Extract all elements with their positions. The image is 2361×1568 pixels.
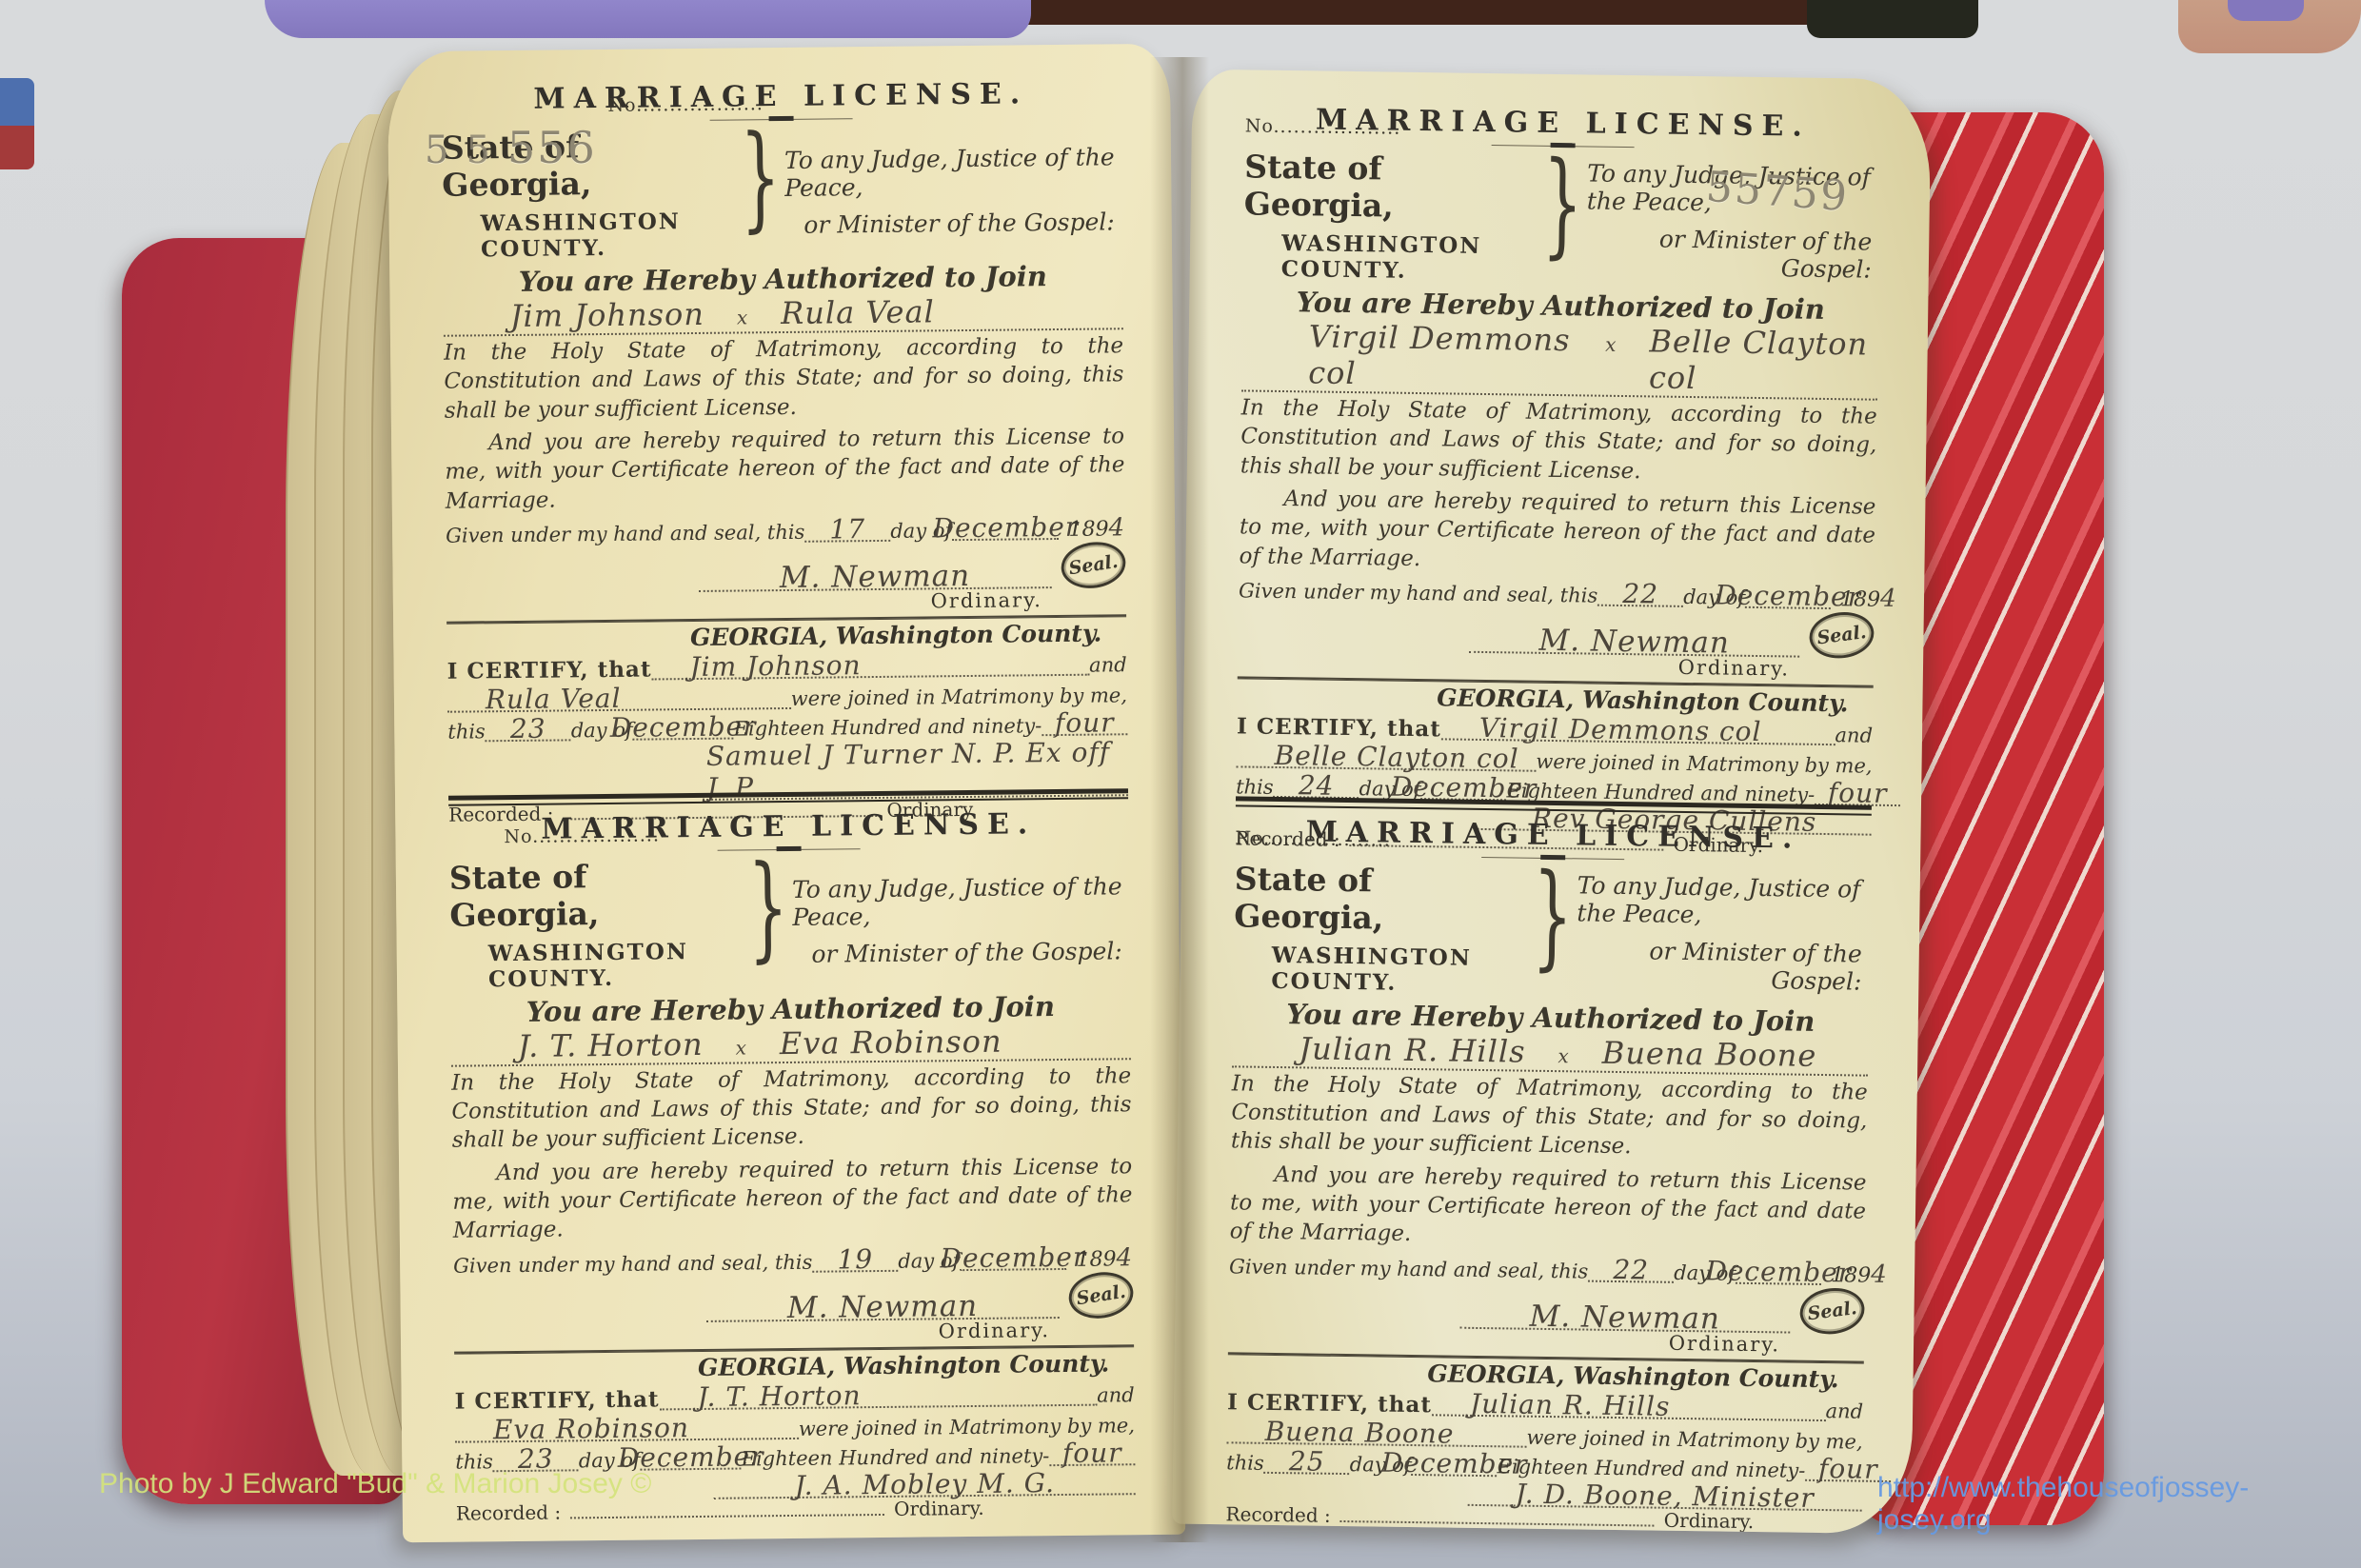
issued-day: 19 xyxy=(837,1243,873,1275)
issued-month-slot: December xyxy=(952,511,1060,541)
ordinary-signature: M. Newman xyxy=(787,1289,979,1325)
issued-month-slot: December xyxy=(960,1241,1067,1271)
page-number-right: 55759 xyxy=(1704,163,1850,221)
body-paragraph-2: And you are hereby required to return th… xyxy=(452,1152,1133,1246)
names-line: Virgil Demmons col x Belle Clayton col xyxy=(1241,317,1878,400)
page-number-fragment: 5 xyxy=(425,129,450,172)
ninety-slot: four xyxy=(1049,1437,1135,1466)
bride-name: Belle Clayton col xyxy=(1649,323,1878,398)
groom-name: Julian R. Hills xyxy=(1299,1030,1526,1069)
ordinary-label-2: Ordinary. xyxy=(894,1497,984,1520)
page-number-fragment: 5 xyxy=(466,129,491,172)
year-digit: 4 xyxy=(1871,1260,1888,1288)
body-paragraph-2: And you are hereby required to return th… xyxy=(1229,1160,1866,1255)
issued-day: 17 xyxy=(829,513,865,545)
ordinary-signature-row: M. Newman Seal. xyxy=(453,1272,1133,1324)
certify-bride: Eva Robinson xyxy=(493,1412,689,1445)
license-no-field: No................... xyxy=(1245,115,1401,138)
issued-month: December xyxy=(932,511,1079,545)
certify-bride-slot: Buena Boone xyxy=(1227,1415,1527,1447)
ordinary-signature-row: M. Newman Seal. xyxy=(446,542,1125,594)
page-number-left: 5 5 556 xyxy=(425,122,597,173)
joined-label: were joined in Matrimony by me, xyxy=(799,1414,1135,1440)
recorded-label: Recorded : xyxy=(1225,1502,1331,1527)
issued-day-slot: 19 xyxy=(812,1242,898,1272)
side-object xyxy=(0,78,34,169)
recorded-slot xyxy=(570,1514,884,1518)
given-label: Given under my hand and seal, this xyxy=(453,1250,812,1277)
purple-sleeve xyxy=(2228,0,2304,21)
county-label: WASHINGTON COUNTY. xyxy=(1271,942,1519,997)
seal-stamp: Seal. xyxy=(1797,1284,1867,1338)
license-no-field: No................... xyxy=(1235,827,1391,850)
groom-name: Jim Johnson xyxy=(510,296,705,334)
recorded-label: Recorded : xyxy=(456,1500,561,1524)
book-page-left: No................... MARRIAGE LICENSE. … xyxy=(387,44,1185,1543)
page-number-fragment: 556 xyxy=(507,122,597,173)
body-paragraph-1: In the Holy State of Matrimony, accordin… xyxy=(451,1062,1132,1156)
ninety-value: four xyxy=(1062,1437,1122,1469)
issued-day-slot: 22 xyxy=(1597,578,1683,607)
year-prefix: 189 xyxy=(1068,518,1108,542)
certify-groom: J. T. Horton xyxy=(697,1379,861,1413)
married-day-slot: 25 xyxy=(1264,1445,1350,1475)
married-day: 23 xyxy=(510,713,546,744)
officiant-slot: J. A. Mobley M. G. xyxy=(714,1466,1136,1499)
book-page-right: No................... MARRIAGE LICENSE. … xyxy=(1172,69,1931,1535)
marriage-license-form-1: No................... MARRIAGE LICENSE. … xyxy=(441,76,1128,787)
groom-name: J. T. Horton xyxy=(518,1025,704,1063)
name-connector: x xyxy=(1557,1044,1570,1067)
title-dash xyxy=(718,844,861,851)
photo-scene: No................... MARRIAGE LICENSE. … xyxy=(0,0,2361,1568)
state-label: State of Georgia, xyxy=(449,856,736,933)
signature-line: M. Newman xyxy=(705,1282,1060,1322)
year-digit: 4 xyxy=(1116,1243,1133,1272)
joined-label: were joined in Matrimony by me, xyxy=(791,684,1127,710)
certify-bride: Buena Boone xyxy=(1265,1416,1455,1450)
bride-name: Buena Boone xyxy=(1602,1034,1817,1073)
addressee-line1: To any Judge, Justice of the Peace, xyxy=(792,872,1130,931)
ordinary-signature: M. Newman xyxy=(780,559,971,595)
married-month-slot: December xyxy=(1420,771,1506,801)
year-digit: 4 xyxy=(1880,585,1897,613)
ordinary-signature: M. Newman xyxy=(1529,1299,1720,1336)
married-month-slot: December xyxy=(632,711,733,741)
issued-day-slot: 17 xyxy=(804,513,890,543)
signature-line: M. Newman xyxy=(1469,617,1800,658)
this-label: this xyxy=(447,720,486,743)
photographer-watermark: Photo by J Edward "Bud" & Marion Josey © xyxy=(99,1468,651,1500)
marriage-license-form-4: No................... MARRIAGE LICENSE. … xyxy=(1226,814,1872,1509)
certify-bride-slot: Eva Robinson xyxy=(455,1411,799,1443)
issued-month-slot: December xyxy=(1736,1255,1821,1284)
addressee-line1: To any Judge, Justice of the Peace, xyxy=(784,143,1122,202)
seal-label: Seal. xyxy=(1806,1298,1857,1324)
names-line: Julian R. Hills x Buena Boone xyxy=(1232,1029,1868,1076)
certify-label: I CERTIFY, that xyxy=(1237,714,1441,743)
body-paragraph-2: And you are hereby required to return th… xyxy=(445,422,1125,516)
married-month-slot: December xyxy=(1411,1447,1497,1477)
bride-name: Rula Veal xyxy=(781,293,935,331)
license-no-field: No................... xyxy=(504,824,660,847)
bride-name: Eva Robinson xyxy=(780,1022,1002,1061)
ordinary-signature: M. Newman xyxy=(1538,624,1730,661)
married-day: 25 xyxy=(1289,1445,1325,1478)
brace-glyph: } xyxy=(740,126,772,259)
body-paragraph-1: In the Holy State of Matrimony, accordin… xyxy=(1240,393,1877,488)
addressee-line2: or Minister of the Gospel: xyxy=(1576,936,1870,995)
names-line: Jim Johnson x Rula Veal xyxy=(444,291,1123,336)
dark-object xyxy=(1807,0,1978,38)
certify-label: I CERTIFY, that xyxy=(447,657,652,685)
given-label: Given under my hand and seal, this xyxy=(1229,1255,1588,1282)
county-label: WASHINGTON COUNTY. xyxy=(1281,230,1530,286)
addressee-line2: or Minister of the Gospel: xyxy=(1586,224,1880,283)
seal-label: Seal. xyxy=(1815,622,1867,648)
ninety-slot: four xyxy=(1042,706,1127,736)
name-connector: x xyxy=(737,306,749,328)
ninety-value: four xyxy=(1055,707,1115,740)
website-watermark: http://www.thehouseofjossey-josey.org xyxy=(1877,1472,2361,1537)
certify-groom-slot: Virgil Demmons col xyxy=(1441,712,1835,746)
year-prefix: 189 xyxy=(1831,1263,1871,1288)
certify-label: I CERTIFY, that xyxy=(1227,1389,1432,1418)
ninety-slot: four xyxy=(1815,777,1900,806)
name-connector: x xyxy=(736,1036,748,1059)
brace-glyph: } xyxy=(747,856,780,989)
and-label: and xyxy=(1097,1383,1135,1406)
certify-groom-slot: Julian R. Hills xyxy=(1432,1387,1826,1421)
title-dash xyxy=(710,114,853,121)
brace-glyph: } xyxy=(1541,152,1575,286)
body-paragraph-2: And you are hereby required to return th… xyxy=(1239,484,1875,579)
brace-glyph: } xyxy=(1532,863,1565,997)
married-day-slot: 23 xyxy=(486,713,571,743)
body-paragraph-1: In the Holy State of Matrimony, accordin… xyxy=(444,331,1124,426)
given-label: Given under my hand and seal, this xyxy=(446,521,804,547)
names-line: J. T. Horton x Eva Robinson xyxy=(451,1022,1131,1066)
issued-day: 22 xyxy=(1622,578,1658,610)
issued-month: December xyxy=(940,1241,1086,1274)
certify-bride-slot: Rula Veal xyxy=(447,681,791,713)
body-paragraph-1: In the Holy State of Matrimony, accordin… xyxy=(1231,1069,1868,1164)
issued-day-slot: 22 xyxy=(1588,1253,1674,1282)
addressee-line2: or Minister of the Gospel: xyxy=(785,208,1122,239)
name-connector: x xyxy=(1605,333,1617,356)
seal-stamp: Seal. xyxy=(1065,1267,1136,1322)
certify-groom-slot: Jim Johnson xyxy=(651,647,1089,681)
certify-label: I CERTIFY, that xyxy=(455,1386,660,1414)
purple-shirt xyxy=(265,0,1031,38)
certify-groom: Jim Johnson xyxy=(689,649,861,683)
certify-bride-slot: Belle Clayton col xyxy=(1236,740,1536,772)
seal-stamp: Seal. xyxy=(1058,538,1128,593)
year-prefix: 189 xyxy=(1840,587,1880,612)
marriage-license-form-2: No................... MARRIAGE LICENSE. … xyxy=(448,806,1136,1518)
seal-stamp: Seal. xyxy=(1807,608,1876,662)
issued-day: 22 xyxy=(1613,1254,1649,1286)
recorded-slot xyxy=(1340,1520,1655,1527)
and-label: and xyxy=(1825,1399,1863,1423)
signature-line: M. Newman xyxy=(1459,1292,1791,1333)
this-label: this xyxy=(1226,1451,1264,1475)
addressee-line1: To any Judge, Justice of the Peace, xyxy=(1577,871,1871,930)
issued-month-slot: December xyxy=(1745,580,1831,609)
state-label: State of Georgia, xyxy=(1243,148,1530,226)
year-prefix: 189 xyxy=(1076,1247,1116,1271)
groom-name: Virgil Demmons col xyxy=(1308,318,1574,394)
given-label: Given under my hand and seal, this xyxy=(1239,580,1597,607)
certify-groom: Julian R. Hills xyxy=(1470,1388,1671,1422)
signature-line: M. Newman xyxy=(698,552,1052,592)
table-edge xyxy=(1009,0,1837,25)
county-label: WASHINGTON COUNTY. xyxy=(481,208,729,263)
and-label: and xyxy=(1089,653,1127,676)
certify-groom-slot: J. T. Horton xyxy=(659,1377,1097,1410)
married-day-slot: 24 xyxy=(1273,769,1359,799)
ninety-value: four xyxy=(1818,1453,1878,1485)
certify-groom: Virgil Demmons col xyxy=(1479,712,1762,747)
addressee-line2: or Minister of the Gospel: xyxy=(793,937,1130,968)
and-label: and xyxy=(1835,724,1873,747)
eighteen-label: Eighteen Hundred and ninety- xyxy=(734,714,1042,740)
married-month-slot: December xyxy=(641,1440,742,1470)
seal-label: Seal. xyxy=(1067,551,1120,580)
county-label: WASHINGTON COUNTY. xyxy=(488,938,737,992)
certify-bride: Rula Veal xyxy=(486,683,622,715)
state-label: State of Georgia, xyxy=(1234,860,1520,938)
eighteen-label: Eighteen Hundred and ninety- xyxy=(742,1444,1050,1470)
seal-label: Seal. xyxy=(1075,1280,1127,1309)
year-digit: 4 xyxy=(1108,513,1125,542)
ordinary-label-2: Ordinary. xyxy=(1664,1508,1755,1532)
